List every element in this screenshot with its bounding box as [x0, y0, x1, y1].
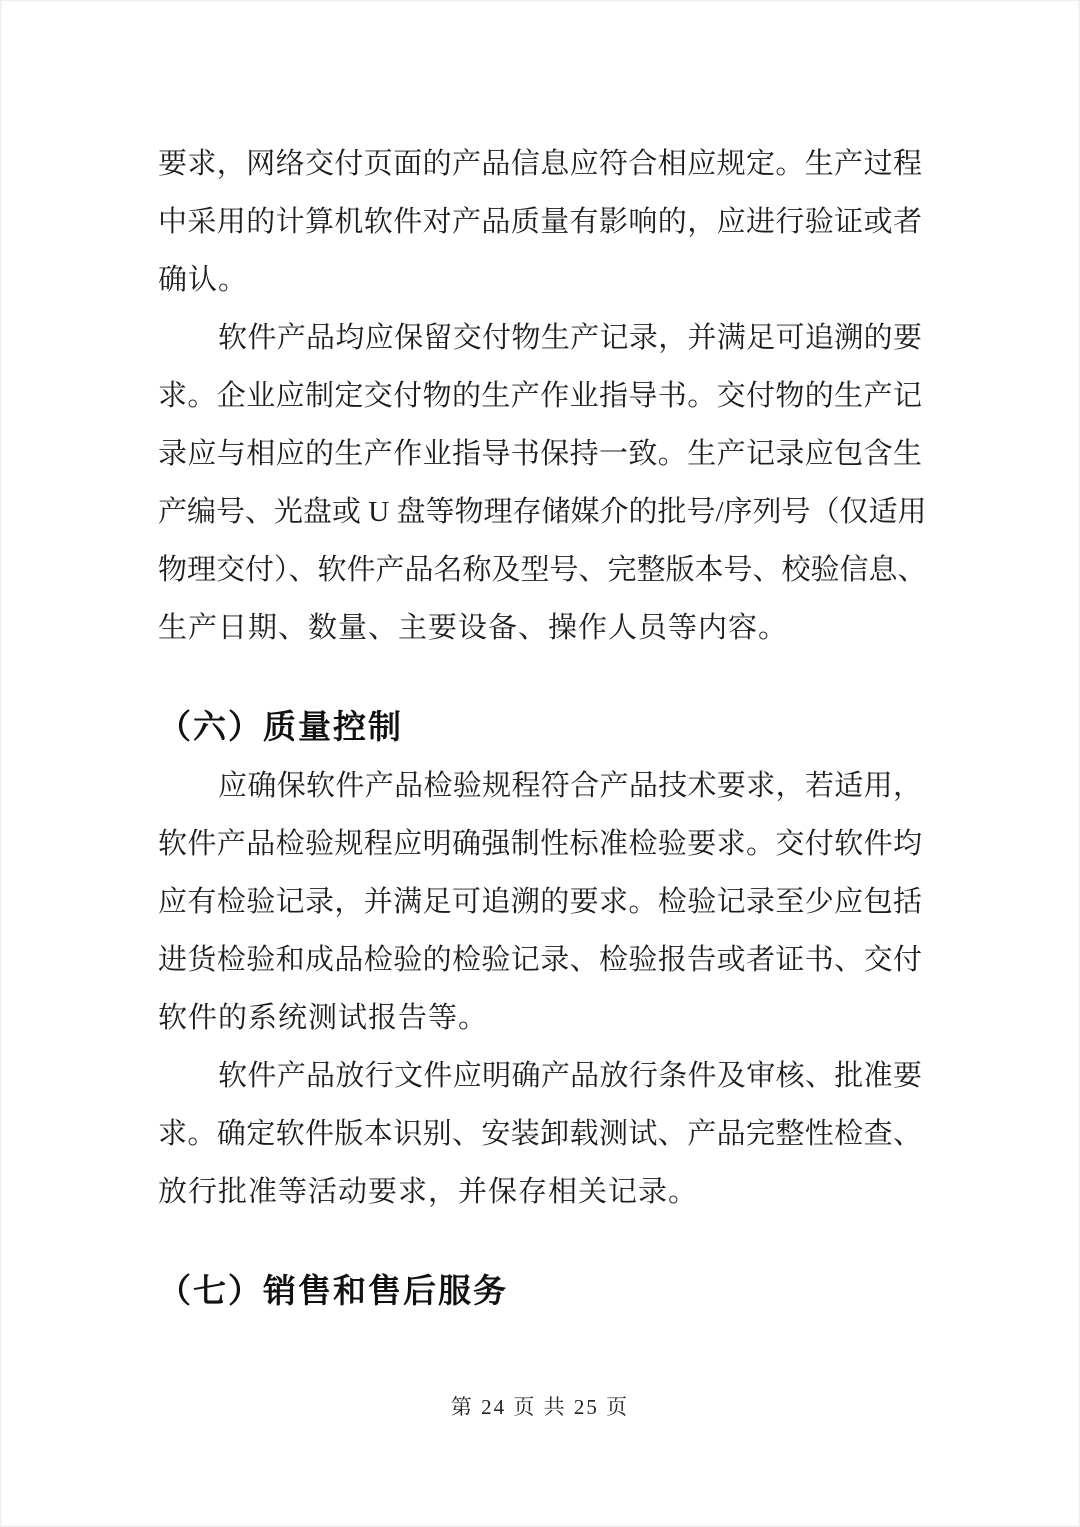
paragraph-line: 物理交付）、软件产品名称及型号、完整版本号、校验信息、 — [158, 541, 922, 599]
section-heading: （六）质量控制 — [158, 699, 922, 757]
paragraph-line: 求。企业应制定交付物的生产作业指导书。交付物的生产记 — [158, 367, 922, 425]
paragraph-line: 放行批准等活动要求，并保存相关记录。 — [158, 1163, 922, 1221]
paragraph: 要求，网络交付页面的产品信息应符合相应规定。生产过程中采用的计算机软件对产品质量… — [158, 135, 922, 309]
document-page: 要求，网络交付页面的产品信息应符合相应规定。生产过程中采用的计算机软件对产品质量… — [0, 0, 1080, 1527]
paragraph-line: 软件产品放行文件应明确产品放行条件及审核、批准要 — [158, 1047, 922, 1105]
paragraph-line: 软件产品均应保留交付物生产记录，并满足可追溯的要 — [158, 309, 922, 367]
paragraph-line: 进货检验和成品检验的检验记录、检验报告或者证书、交付 — [158, 931, 922, 989]
paragraph-line: 确认。 — [158, 251, 922, 309]
paragraph-line: 应有检验记录，并满足可追溯的要求。检验记录至少应包括 — [158, 873, 922, 931]
paragraph: 软件产品均应保留交付物生产记录，并满足可追溯的要求。企业应制定交付物的生产作业指… — [158, 309, 922, 657]
section-heading: （七）销售和售后服务 — [158, 1263, 922, 1321]
paragraph-line: 生产日期、数量、主要设备、操作人员等内容。 — [158, 599, 922, 657]
paragraph-line: 要求，网络交付页面的产品信息应符合相应规定。生产过程 — [158, 135, 922, 193]
paragraph-line: 中采用的计算机软件对产品质量有影响的，应进行验证或者 — [158, 193, 922, 251]
document-content: 要求，网络交付页面的产品信息应符合相应规定。生产过程中采用的计算机软件对产品质量… — [158, 135, 922, 1321]
page-number-label: 第 24 页 共 25 页 — [451, 1395, 629, 1419]
paragraph-line: 软件产品检验规程应明确强制性标准检验要求。交付软件均 — [158, 815, 922, 873]
paragraph: 软件产品放行文件应明确产品放行条件及审核、批准要求。确定软件版本识别、安装卸载测… — [158, 1047, 922, 1221]
paragraph-line: 录应与相应的生产作业指导书保持一致。生产记录应包含生 — [158, 425, 922, 483]
paragraph-line: 求。确定软件版本识别、安装卸载测试、产品完整性检查、 — [158, 1105, 922, 1163]
paragraph-line: 软件的系统测试报告等。 — [158, 989, 922, 1047]
paragraph-line: 产编号、光盘或 U 盘等物理存储媒介的批号/序列号（仅适用 — [158, 483, 922, 541]
page-footer: 第 24 页 共 25 页 — [0, 1392, 1080, 1422]
paragraph-line: 应确保软件产品检验规程符合产品技术要求，若适用， — [158, 757, 922, 815]
paragraph: 应确保软件产品检验规程符合产品技术要求，若适用，软件产品检验规程应明确强制性标准… — [158, 757, 922, 1047]
